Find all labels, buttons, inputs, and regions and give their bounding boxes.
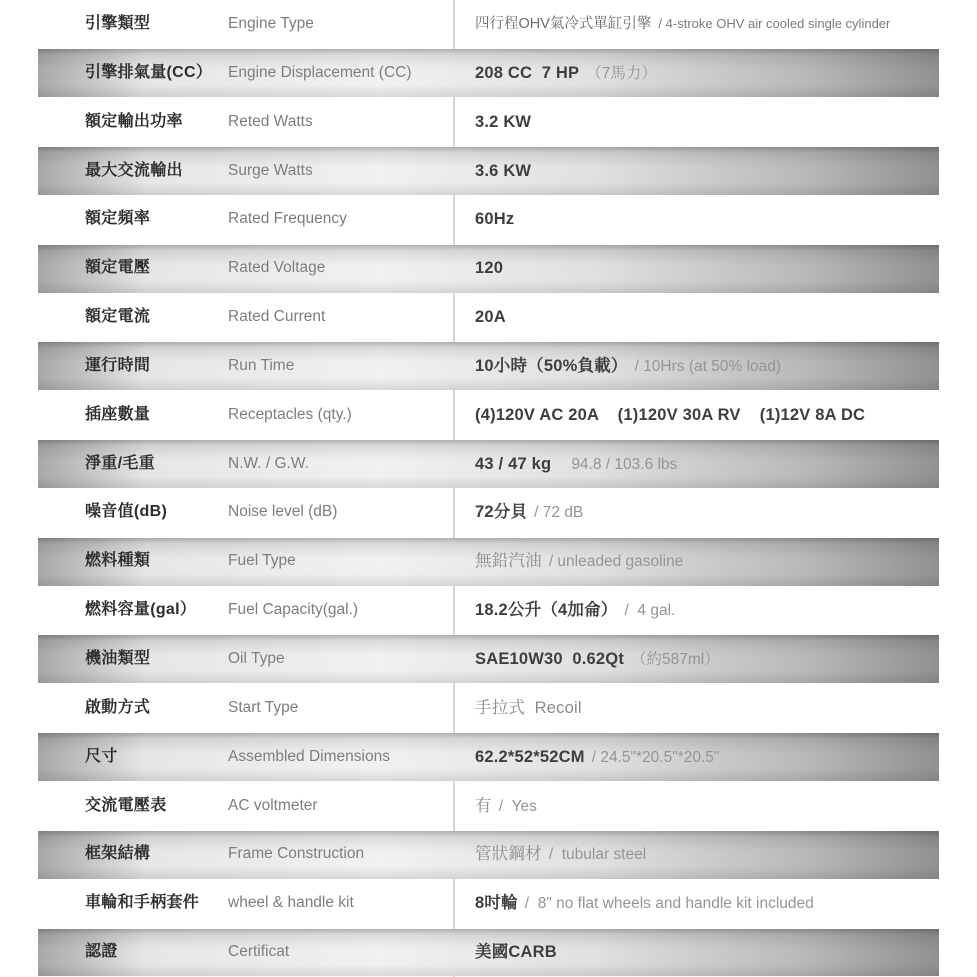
spec-label-en: Oil Type bbox=[228, 635, 285, 684]
spec-label-en: Receptacles (qty.) bbox=[228, 391, 352, 440]
spec-value-primary: 3.2 KW bbox=[475, 113, 531, 131]
spec-value: 3.2 KW bbox=[475, 98, 531, 148]
spec-value-primary: 8吋輪 bbox=[475, 894, 518, 912]
spec-label-zh: 交流電壓表 bbox=[85, 782, 167, 831]
spec-value-primary: 208 CC 7 HP bbox=[475, 64, 579, 82]
spec-row: 運行時間 Run Time 10小時（50%負載）/ 10Hrs (at 50%… bbox=[0, 342, 977, 391]
spec-row: 啟動方式 Start Type 手拉式 Recoil bbox=[0, 684, 977, 733]
spec-label-zh: 噪音值(dB) bbox=[85, 488, 167, 537]
spec-value-secondary: （約587ml） bbox=[631, 651, 720, 668]
spec-value-primary: 60Hz bbox=[475, 210, 514, 228]
spec-label-en: Engine Type bbox=[228, 0, 314, 49]
spec-label-en: Start Type bbox=[228, 684, 298, 733]
spec-label-zh: 機油類型 bbox=[85, 635, 150, 684]
spec-value-primary: 18.2公升（4加侖） bbox=[475, 601, 618, 619]
spec-value-primary: 72分貝 bbox=[475, 503, 527, 521]
spec-value: 60Hz bbox=[475, 195, 514, 245]
spec-label-zh: 車輪和手柄套件 bbox=[85, 879, 199, 928]
spec-value-primary: 10小時（50%負載） bbox=[475, 357, 628, 375]
spec-row: 交流電壓表 AC voltmeter 有/ Yes bbox=[0, 782, 977, 831]
spec-value-primary: 3.6 KW bbox=[475, 162, 531, 180]
spec-value: 62.2*52*52CM/ 24.5"*20.5"*20.5" bbox=[475, 733, 719, 783]
spec-value: 208 CC 7 HP（7馬力） bbox=[475, 49, 657, 99]
spec-row: 認證 Certificat 美國CARB bbox=[0, 928, 977, 977]
spec-value-secondary: / 8" no flat wheels and handle kit inclu… bbox=[525, 895, 814, 912]
spec-row: 尺寸 Assembled Dimensions 62.2*52*52CM/ 24… bbox=[0, 733, 977, 782]
spec-value-primary: 無鉛汽油 bbox=[475, 552, 542, 570]
spec-label-zh: 尺寸 bbox=[85, 733, 118, 782]
spec-value: 美國CARB bbox=[475, 928, 557, 977]
spec-label-en: Reted Watts bbox=[228, 98, 313, 147]
spec-label-en: Assembled Dimensions bbox=[228, 733, 390, 782]
spec-value-primary: 43 / 47 kg bbox=[475, 455, 551, 473]
spec-label-zh: 認證 bbox=[85, 928, 118, 977]
spec-value: 3.6 KW bbox=[475, 147, 531, 197]
spec-value-secondary: / 10Hrs (at 50% load) bbox=[635, 358, 781, 375]
spec-label-en: Rated Frequency bbox=[228, 195, 347, 244]
spec-value-primary: 四行程OHV氣冷式單缸引擎 bbox=[475, 16, 651, 32]
spec-row: 插座數量 Receptacles (qty.) (4)120V AC 20A (… bbox=[0, 391, 977, 440]
spec-value-primary: SAE10W30 0.62Qt bbox=[475, 650, 624, 668]
spec-value-primary: (4)120V AC 20A (1)120V 30A RV (1)12V 8A … bbox=[475, 406, 865, 424]
spec-row: 最大交流輸出 Surge Watts 3.6 KW bbox=[0, 147, 977, 196]
spec-value: 120 bbox=[475, 244, 503, 294]
spec-label-zh: 燃料種類 bbox=[85, 537, 150, 586]
spec-label-zh: 插座數量 bbox=[85, 391, 150, 440]
spec-value-primary: 有 bbox=[475, 797, 492, 815]
spec-label-en: Engine Displacement (CC) bbox=[228, 49, 412, 98]
spec-label-zh: 引擎排氣量(CC） bbox=[85, 49, 212, 98]
spec-value: SAE10W30 0.62Qt（約587ml） bbox=[475, 635, 720, 685]
spec-row: 淨重/毛重 N.W. / G.W. 43 / 47 kg94.8 / 103.6… bbox=[0, 440, 977, 489]
spec-label-en: Noise level (dB) bbox=[228, 488, 337, 537]
spec-label-zh: 淨重/毛重 bbox=[85, 440, 155, 489]
spec-label-en: Fuel Type bbox=[228, 537, 296, 586]
spec-value-secondary: / 4-stroke OHV air cooled single cylinde… bbox=[658, 16, 890, 31]
spec-value-secondary: / 24.5"*20.5"*20.5" bbox=[592, 749, 720, 766]
spec-value: 10小時（50%負載）/ 10Hrs (at 50% load) bbox=[475, 342, 781, 392]
spec-value: (4)120V AC 20A (1)120V 30A RV (1)12V 8A … bbox=[475, 391, 865, 441]
spec-row: 額定頻率 Rated Frequency 60Hz bbox=[0, 195, 977, 244]
spec-value: 四行程OHV氣冷式單缸引擎/ 4-stroke OHV air cooled s… bbox=[475, 0, 890, 49]
spec-value-primary: 20A bbox=[475, 308, 506, 326]
spec-value: 有/ Yes bbox=[475, 782, 537, 832]
spec-row: 引擎類型 Engine Type 四行程OHV氣冷式單缸引擎/ 4-stroke… bbox=[0, 0, 977, 49]
spec-value: 8吋輪/ 8" no flat wheels and handle kit in… bbox=[475, 879, 814, 929]
spec-value-secondary: / Yes bbox=[499, 798, 537, 815]
spec-value: 18.2公升（4加侖）/ 4 gal. bbox=[475, 586, 675, 636]
spec-label-zh: 燃料容量(gal） bbox=[85, 586, 196, 635]
spec-table: 引擎類型 Engine Type 四行程OHV氣冷式單缸引擎/ 4-stroke… bbox=[0, 0, 977, 977]
spec-value: 無鉛汽油/ unleaded gasoline bbox=[475, 537, 683, 587]
spec-label-en: Fuel Capacity(gal.) bbox=[228, 586, 358, 635]
spec-label-zh: 額定頻率 bbox=[85, 195, 150, 244]
spec-row: 框架結構 Frame Construction 管狀鋼材/ tubular st… bbox=[0, 830, 977, 879]
spec-row: 額定電壓 Rated Voltage 120 bbox=[0, 244, 977, 293]
spec-label-en: N.W. / G.W. bbox=[228, 440, 309, 489]
spec-label-en: wheel & handle kit bbox=[228, 879, 354, 928]
spec-value: 手拉式 Recoil bbox=[475, 684, 582, 734]
spec-label-en: Rated Voltage bbox=[228, 244, 325, 293]
spec-row: 燃料種類 Fuel Type 無鉛汽油/ unleaded gasoline bbox=[0, 537, 977, 586]
spec-label-zh: 額定電流 bbox=[85, 293, 150, 342]
spec-value: 20A bbox=[475, 293, 506, 343]
spec-value-primary: 手拉式 Recoil bbox=[475, 699, 582, 717]
spec-value-primary: 管狀鋼材 bbox=[475, 845, 542, 863]
spec-label-en: Run Time bbox=[228, 342, 294, 391]
spec-label-en: Certificat bbox=[228, 928, 289, 977]
spec-value-primary: 62.2*52*52CM bbox=[475, 748, 585, 766]
spec-label-zh: 引擎類型 bbox=[85, 0, 150, 49]
spec-value-secondary: / unleaded gasoline bbox=[549, 553, 683, 570]
spec-row: 引擎排氣量(CC） Engine Displacement (CC) 208 C… bbox=[0, 49, 977, 98]
spec-label-en: Frame Construction bbox=[228, 830, 364, 879]
spec-label-zh: 框架結構 bbox=[85, 830, 150, 879]
spec-value-secondary: （7馬力） bbox=[586, 65, 657, 82]
spec-label-en: Rated Current bbox=[228, 293, 325, 342]
spec-value: 72分貝/ 72 dB bbox=[475, 488, 583, 538]
spec-label-zh: 啟動方式 bbox=[85, 684, 150, 733]
spec-row: 額定輸出功率 Reted Watts 3.2 KW bbox=[0, 98, 977, 147]
spec-row: 車輪和手柄套件 wheel & handle kit 8吋輪/ 8" no fl… bbox=[0, 879, 977, 928]
spec-value-secondary: / 72 dB bbox=[534, 504, 583, 521]
spec-label-zh: 最大交流輸出 bbox=[85, 147, 183, 196]
spec-row: 噪音值(dB) Noise level (dB) 72分貝/ 72 dB bbox=[0, 488, 977, 537]
spec-value: 管狀鋼材/ tubular steel bbox=[475, 830, 646, 880]
spec-value: 43 / 47 kg94.8 / 103.6 lbs bbox=[475, 440, 677, 490]
spec-row: 燃料容量(gal） Fuel Capacity(gal.) 18.2公升（4加侖… bbox=[0, 586, 977, 635]
spec-row: 機油類型 Oil Type SAE10W30 0.62Qt（約587ml） bbox=[0, 635, 977, 684]
spec-value-secondary: / tubular steel bbox=[549, 846, 646, 863]
spec-value-primary: 美國CARB bbox=[475, 943, 557, 961]
spec-value-secondary: / 4 gal. bbox=[625, 602, 676, 619]
spec-value-secondary: 94.8 / 103.6 lbs bbox=[571, 456, 677, 473]
spec-label-zh: 運行時間 bbox=[85, 342, 150, 391]
spec-label-en: AC voltmeter bbox=[228, 782, 318, 831]
spec-value-primary: 120 bbox=[475, 259, 503, 277]
spec-row: 額定電流 Rated Current 20A bbox=[0, 293, 977, 342]
spec-label-en: Surge Watts bbox=[228, 147, 313, 196]
spec-label-zh: 額定電壓 bbox=[85, 244, 150, 293]
spec-label-zh: 額定輸出功率 bbox=[85, 98, 183, 147]
